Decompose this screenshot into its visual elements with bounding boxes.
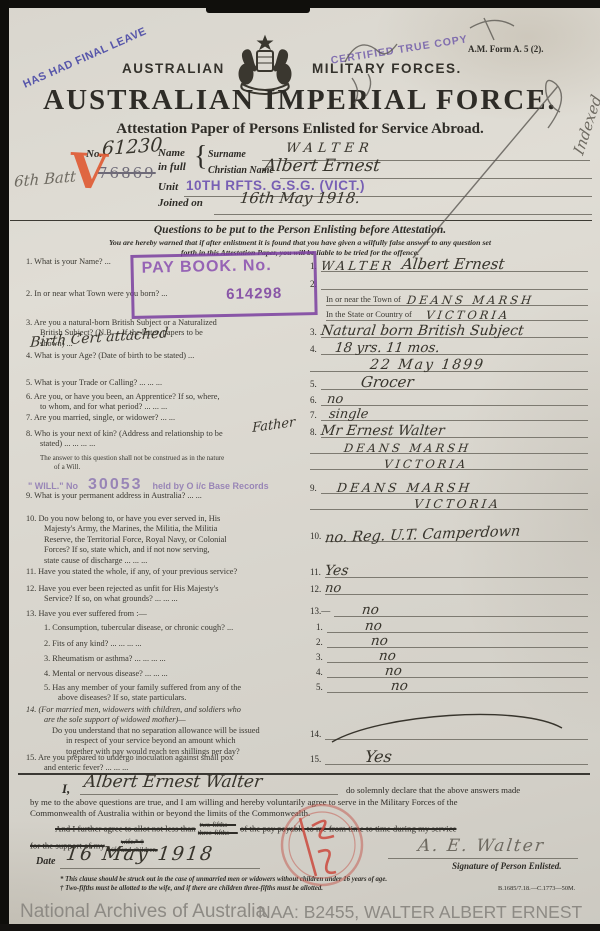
declaration-line3: Commonwealth of Australia within or beyo… — [30, 808, 588, 818]
date-line — [60, 868, 260, 869]
answer-4a: 4. 18 yrs. 11 mos. — [310, 337, 588, 355]
question-8-note: The answer to this question shall not be… — [40, 454, 346, 471]
name-label-line1: Name — [158, 147, 185, 159]
allotment-text-2: of the pay payable to me from time to ti… — [240, 824, 456, 834]
question-11: 11. Have you stated the whole, if any, o… — [26, 567, 336, 577]
pay-book-stamp: PAY BOOK. No. 614298 — [130, 251, 317, 319]
final-leave-stamp: HAS HAD FINAL LEAVE — [21, 25, 148, 90]
page-subtitle: Attestation Paper of Persons Enlisted fo… — [10, 121, 590, 138]
answer-1-rest: Albert Ernest — [401, 255, 506, 273]
question-13-2: 2. Fits of any kind? ... ... ... ... — [44, 639, 350, 649]
answer-14-number: 14. — [310, 729, 325, 740]
answer-15-number: 15. — [310, 754, 325, 765]
question-13-1: 1. Consumption, tubercular disease, or c… — [44, 623, 350, 633]
answer-10-number: 10. — [310, 531, 325, 542]
page-title: AUSTRALIAN IMPERIAL FORCE. — [10, 84, 590, 117]
question-5: 5. What is your Trade or Calling? ... ..… — [26, 378, 332, 388]
form-reference: A.M. Form A. 5 (2). — [468, 44, 543, 54]
answer-9b-value: VICTORIA — [413, 497, 502, 511]
answer-13-5: 5. no — [316, 675, 588, 693]
question-14-italic: 14. (For married men, widowers with chil… — [26, 705, 336, 726]
allotment-fraction: two-fifths — three-fifths — — [198, 822, 238, 837]
date-label: Date — [36, 856, 55, 867]
answer-4b: 22 May 1899 — [310, 354, 588, 372]
answer-11: 11. Yes — [310, 560, 588, 578]
answer-4b-value: 22 May 1899 — [369, 357, 486, 373]
pay-book-number: 614298 — [226, 285, 282, 303]
battalion-note: 6th Batt — [14, 167, 76, 191]
scan-edge-left — [0, 0, 9, 931]
will-stamp: " WILL." No 30053 held by O i/c Base Rec… — [28, 476, 269, 494]
answer-15: 15. Yes — [310, 747, 588, 765]
footnote-2: † Two-fifths must be allotted to the wif… — [60, 885, 323, 892]
print-reference: B.1685/7.18.—C.1773—50M. — [498, 885, 575, 892]
allotment-fraction-bottom: three-fifths — — [198, 830, 238, 838]
joined-on-value: 16th May 1918. — [239, 189, 361, 207]
answer-1-surname: WALTER — [320, 258, 395, 273]
pay-book-label: PAY BOOK. No. — [141, 257, 271, 278]
unit-label: Unit — [158, 181, 178, 193]
will-number: 30053 — [82, 476, 149, 493]
declaration-name: Albert Ernest Walter — [83, 772, 264, 792]
answer-2-state: In the State or Country of VICTORIA — [326, 303, 588, 321]
red-v-mark: V — [69, 143, 109, 201]
answer-9b: VICTORIA — [310, 492, 588, 510]
answer-12-number: 12. — [310, 584, 325, 595]
name-brace: { — [194, 141, 207, 173]
name-label-line2: in full — [158, 161, 186, 173]
attestation-paper-scan: HAS HAD FINAL LEAVE AUSTRALIAN MILITARY … — [0, 0, 600, 931]
question-13-5: 5. Has any member of your family suffere… — [44, 683, 350, 704]
answer-10-value: no. Reg. U.T. Camperdown — [324, 524, 521, 547]
surname-value: WALTER — [285, 141, 374, 156]
scan-edge-nub — [206, 0, 310, 13]
scan-edge-bottom — [0, 924, 600, 931]
question-8: 8. Who is your next of kin? (Address and… — [26, 429, 332, 450]
answer-7: 7. single — [310, 403, 588, 421]
answer-8c: VICTORIA — [310, 452, 588, 470]
section-rule — [10, 220, 592, 221]
signature-line — [388, 858, 578, 859]
signature-label: Signature of Person Enlisted. — [452, 861, 562, 871]
christian-name-value: Albert Ernest — [263, 156, 382, 176]
answer-12-value: no — [324, 581, 342, 596]
answer-10: 10. no. Reg. U.T. Camperdown — [310, 524, 588, 542]
answer-8c-value: VICTORIA — [383, 457, 469, 471]
archive-watermark-left: National Archives of Australia — [20, 901, 266, 923]
surname-label: Surname — [208, 149, 246, 160]
question-6: 6. Are you, or have you been, an Apprent… — [26, 392, 332, 413]
answer-13-5-number: 5. — [316, 682, 327, 693]
question-13-3: 3. Rheumatism or asthma? ... ... ... ... — [44, 654, 350, 664]
question-4: 4. What is your Age? (Date of birth to b… — [26, 351, 332, 361]
question-10: 10. Do you now belong to, or have you ev… — [26, 514, 336, 566]
question-15: 15. Are you prepared to undergo inoculat… — [26, 753, 336, 774]
answer-13-5-value: no — [390, 678, 409, 694]
will-suffix: held by O i/c Base Records — [153, 481, 269, 491]
signature-value: A. E. Walter — [417, 836, 546, 856]
questions-heading: Questions to be put to the Person Enlist… — [10, 224, 590, 236]
question-13-4: 4. Mental or nervous disease? ... ... ..… — [44, 669, 350, 679]
date-value: 16 May 1918 — [65, 843, 216, 865]
footnote-1: * This clause should be struck out in th… — [60, 876, 387, 883]
declaration-line2: by me to the above questions are true, a… — [30, 797, 588, 807]
joined-line — [214, 214, 592, 215]
question-12: 12. Have you ever been rejected as unfit… — [26, 584, 336, 605]
declaration-i-label: I, — [62, 781, 70, 797]
answer-14: 14. — [310, 722, 588, 740]
question-13: 13. Have you ever suffered from :— — [26, 609, 336, 619]
declaration-name-line — [80, 794, 338, 795]
archive-watermark-right: NAA: B2455, WALTER ALBERT ERNEST — [258, 902, 582, 923]
answer-3: 3. Natural born British Subject — [310, 320, 588, 338]
answer-12: 12. no — [310, 577, 588, 595]
will-prefix: " WILL." No — [28, 481, 78, 491]
allotment-clause-line1: And I further agree to allot not less th… — [55, 822, 585, 837]
service-number: 61230 — [101, 134, 162, 160]
allotment-text-1: And I further agree to allot not less th… — [55, 824, 196, 834]
answer-1: 1. WALTER Albert Ernest — [310, 254, 588, 272]
state-label: In the State or Country of — [326, 310, 412, 320]
forces-left-label: AUSTRALIAN — [122, 61, 225, 76]
declaration-line1: do solemnly declare that the above answe… — [346, 785, 520, 795]
joined-on-label: Joined on — [158, 197, 203, 209]
answer-15-value: Yes — [364, 747, 393, 766]
